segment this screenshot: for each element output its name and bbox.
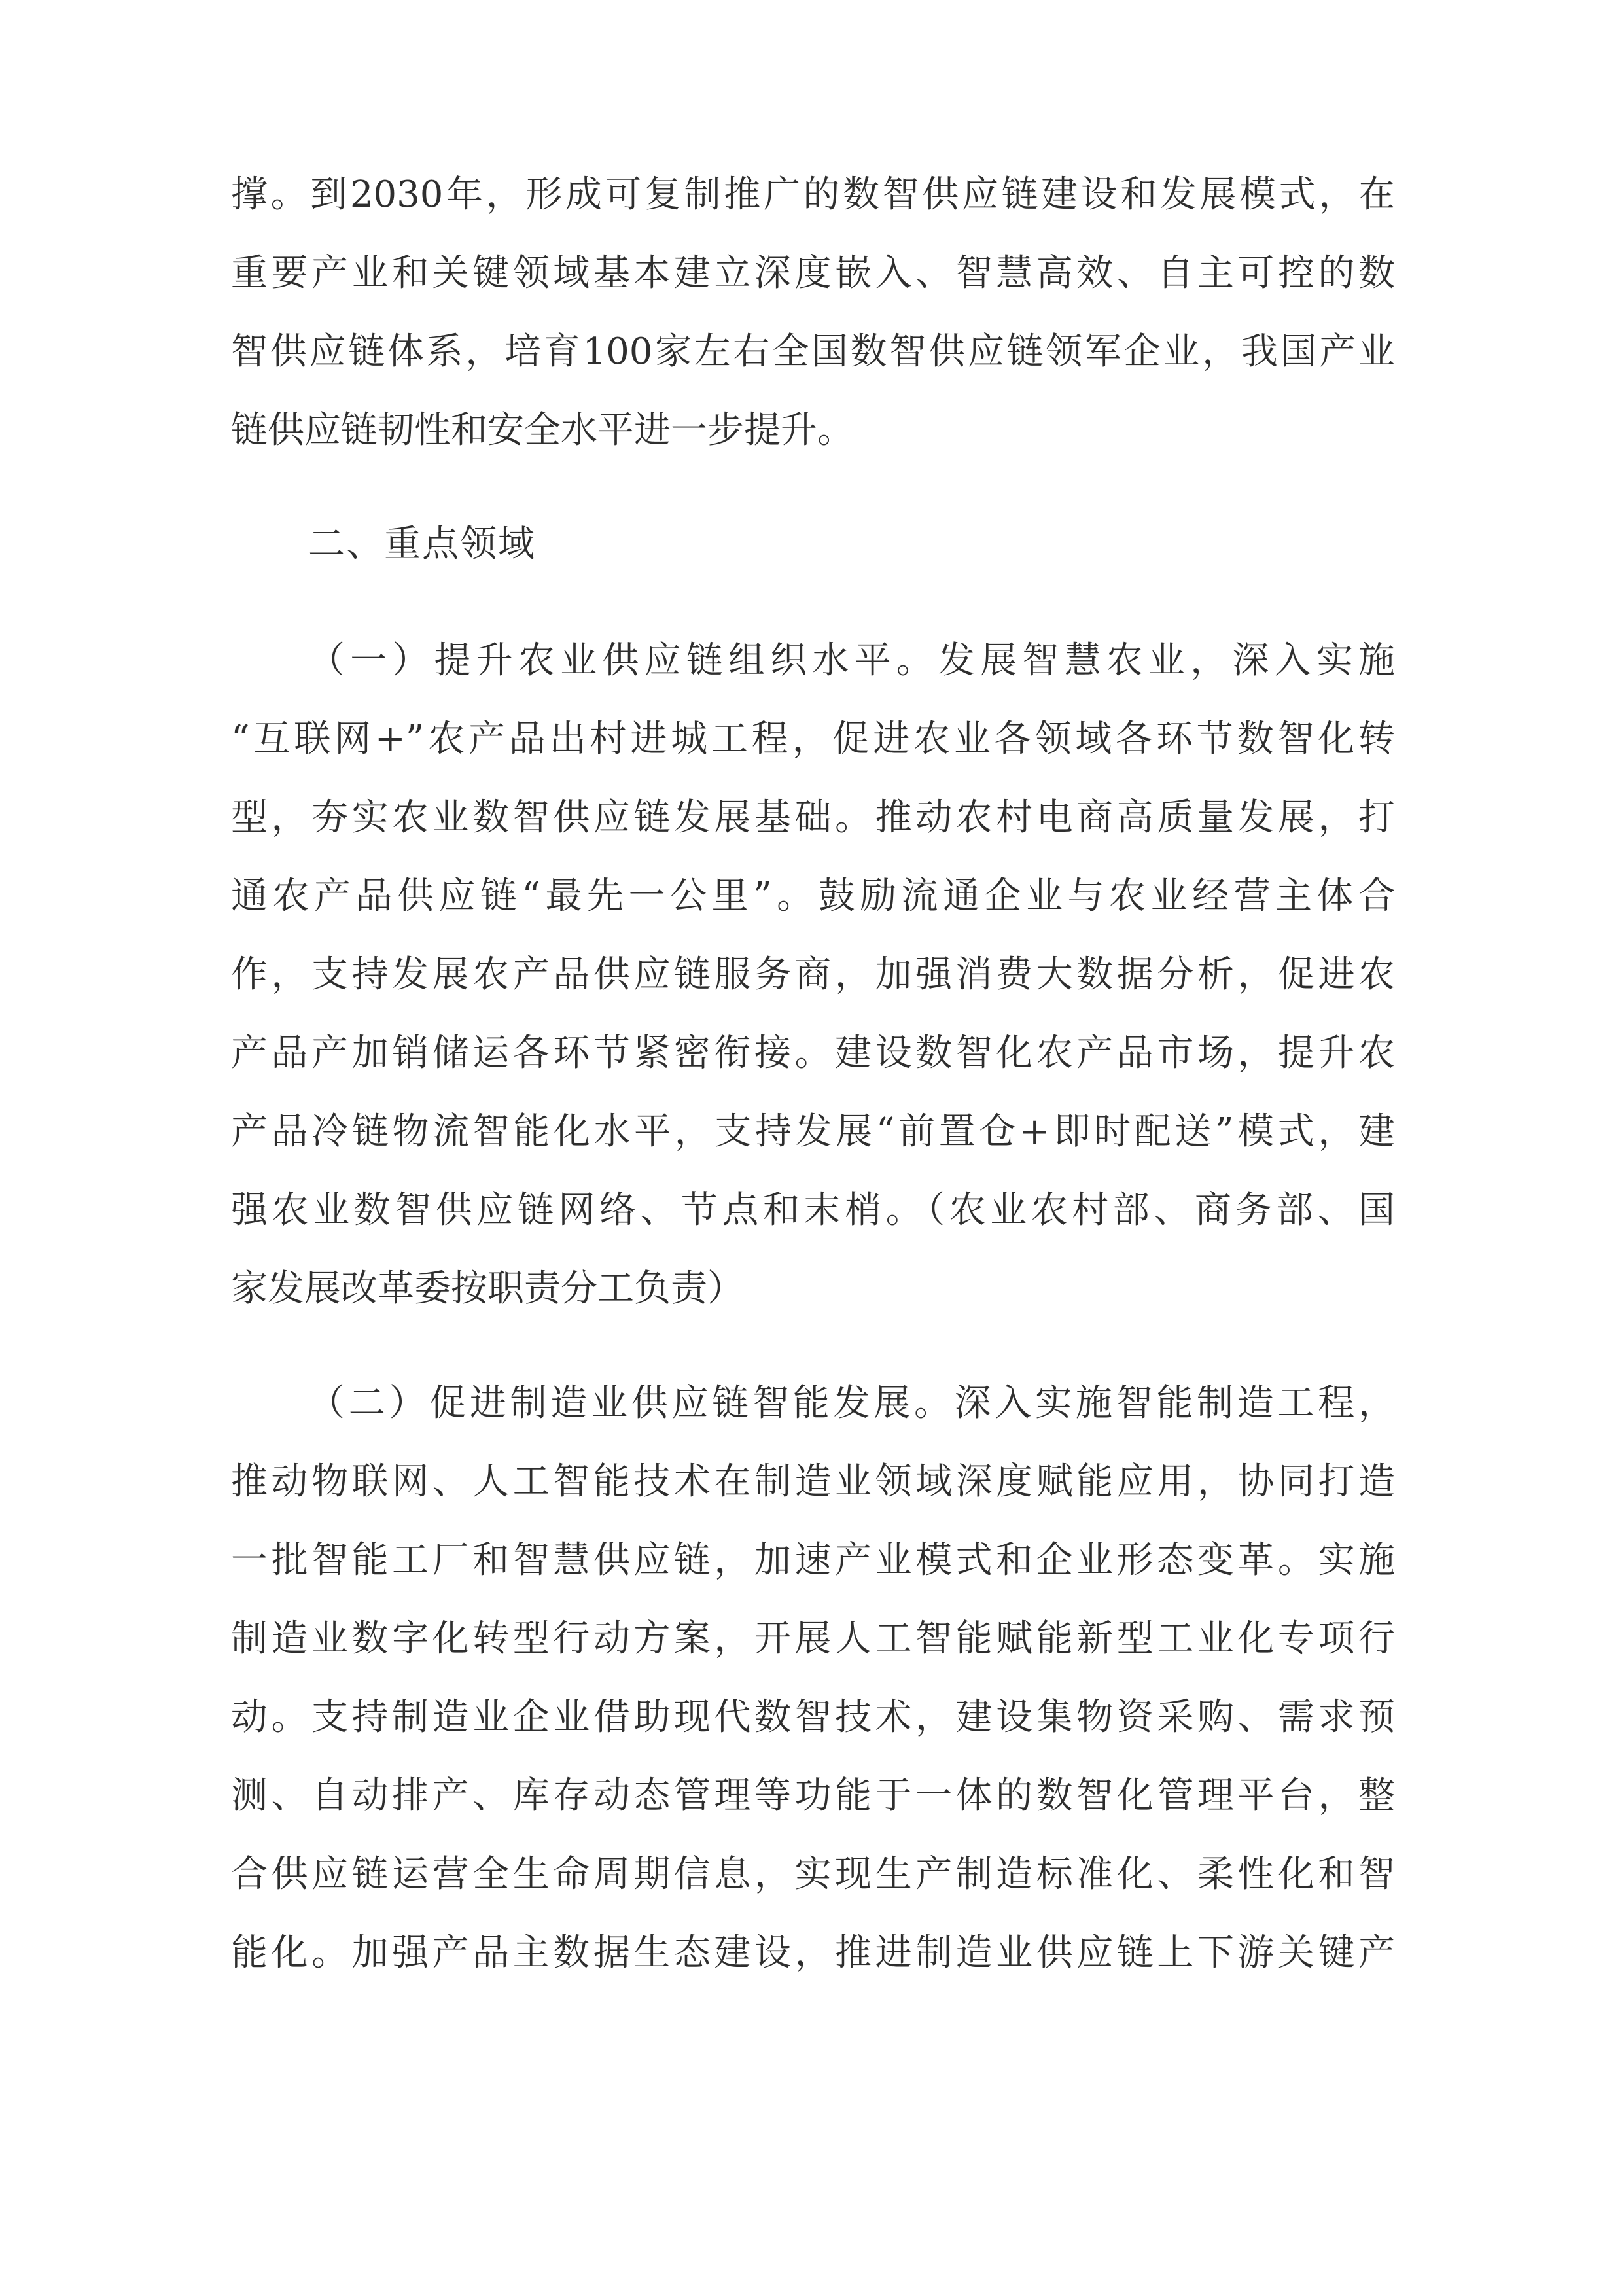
text-line: 智供应链体系，培育100家左右全国数智供应链领军企业，我国产业 [231,313,1395,391]
text-line: 重要产业和关键领域基本建立深度嵌入、智慧高效、自主可控的数 [231,234,1395,313]
text-line: 推动物联网、人工智能技术在制造业领域深度赋能应用，协同打造 [231,1443,1395,1521]
text-line: 测、自动排产、库存动态管理等功能于一体的数智化管理平台，整 [231,1757,1395,1835]
text-line: 动。支持制造业企业借助现代数智技术，建设集物资采购、需求预 [231,1678,1395,1757]
text-line: 强农业数智供应链网络、节点和末梢。（农业农村部、商务部、国 [231,1171,1395,1250]
document-page: 撑。到2030年，形成可复制推广的数智供应链建设和发展模式，在 重要产业和关键领… [0,0,1622,2296]
text-line: 作，支持发展农产品供应链服务商，加强消费大数据分析，促进农 [231,936,1395,1014]
text-line: 制造业数字化转型行动方案，开展人工智能赋能新型工业化专项行 [231,1600,1395,1678]
text-line: （二）促进制造业供应链智能发展。深入实施智能制造工程， [308,1364,1395,1443]
text-line: 合供应链运营全生命周期信息，实现生产制造标准化、柔性化和智 [231,1835,1395,1914]
text-line: 撑。到2030年，形成可复制推广的数智供应链建设和发展模式，在 [231,156,1395,234]
text-line: （一）提升农业供应链组织水平。发展智慧农业，深入实施 [308,622,1395,700]
text-line: 通农产品供应链“最先一公里”。鼓励流通企业与农业经营主体合 [231,857,1395,936]
text-line: “互联网+”农产品出村进城工程，促进农业各领域各环节数智化转 [231,700,1395,779]
text-line: 型，夯实农业数智供应链发展基础。推动农村电商高质量发展，打 [231,779,1395,857]
text-line: 链供应链韧性和安全水平进一步提升。 [231,391,854,470]
text-line: 一批智能工厂和智慧供应链，加速产业模式和企业形态变革。实施 [231,1521,1395,1600]
text-line: 能化。加强产品主数据生态建设，推进制造业供应链上下游关键产 [231,1914,1395,1992]
text-line: 产品冷链物流智能化水平，支持发展“前置仓+即时配送”模式，建 [231,1093,1395,1171]
text-line: 家发展改革委按职责分工负责） [231,1250,744,1328]
section-heading: 二、重点领域 [308,505,536,584]
text-line: 产品产加销储运各环节紧密衔接。建设数智化农产品市场，提升农 [231,1014,1395,1093]
